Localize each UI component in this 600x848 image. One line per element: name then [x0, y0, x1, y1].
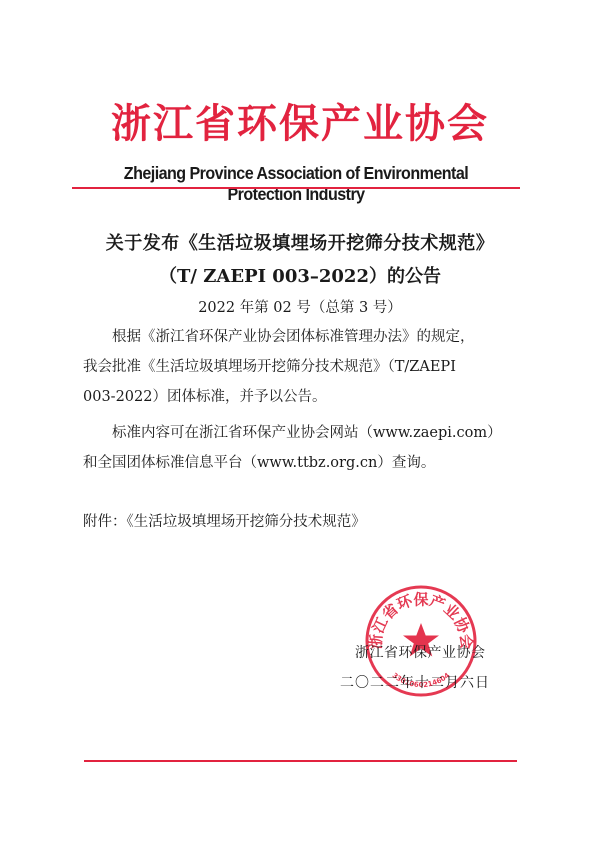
letterhead-org-name-en: Zhejiang Province Association of Environ…: [90, 163, 502, 205]
body-paragraph-2: 标准内容可在浙江省环保产业协会网站（www.zaepi.com） 和全国团体标准…: [83, 418, 523, 478]
letterhead-divider: [72, 187, 520, 189]
signature-date: 二〇二二年十二月六日: [340, 672, 490, 692]
notice-title-line1: 关于发布《生活垃圾填埋场开挖筛分技术规范》: [0, 229, 600, 255]
signature-org: 浙江省环保产业协会: [355, 642, 486, 662]
document-number: 2022 年第 02 号（总第 3 号）: [0, 296, 600, 317]
letterhead-org-name-cn: 浙江省环保产业协会: [0, 92, 600, 149]
paragraph1-line1: 根据《浙江省环保产业协会团体标准管理办法》的规定，: [83, 322, 523, 352]
body-paragraph-1: 根据《浙江省环保产业协会团体标准管理办法》的规定， 我会批准《生活垃圾填埋场开挖…: [83, 322, 523, 412]
attachment-line: 附件：《生活垃圾填埋场开挖筛分技术规范》: [83, 510, 366, 531]
paragraph2-line1: 标准内容可在浙江省环保产业协会网站（www.zaepi.com）: [83, 418, 523, 448]
paragraph2-line2: 和全国团体标准信息平台（www.ttbz.org.cn）查询。: [83, 448, 523, 478]
paragraph1-line2: 我会批准《生活垃圾填埋场开挖筛分技术规范》（T/ZAEPI: [83, 352, 523, 382]
footer-divider: [84, 760, 517, 762]
paragraph1-line3: 003-2022）团体标准，并予以公告。: [83, 382, 523, 412]
notice-title-line2: （T/ ZAEPI 003–2022）的公告: [0, 262, 600, 288]
